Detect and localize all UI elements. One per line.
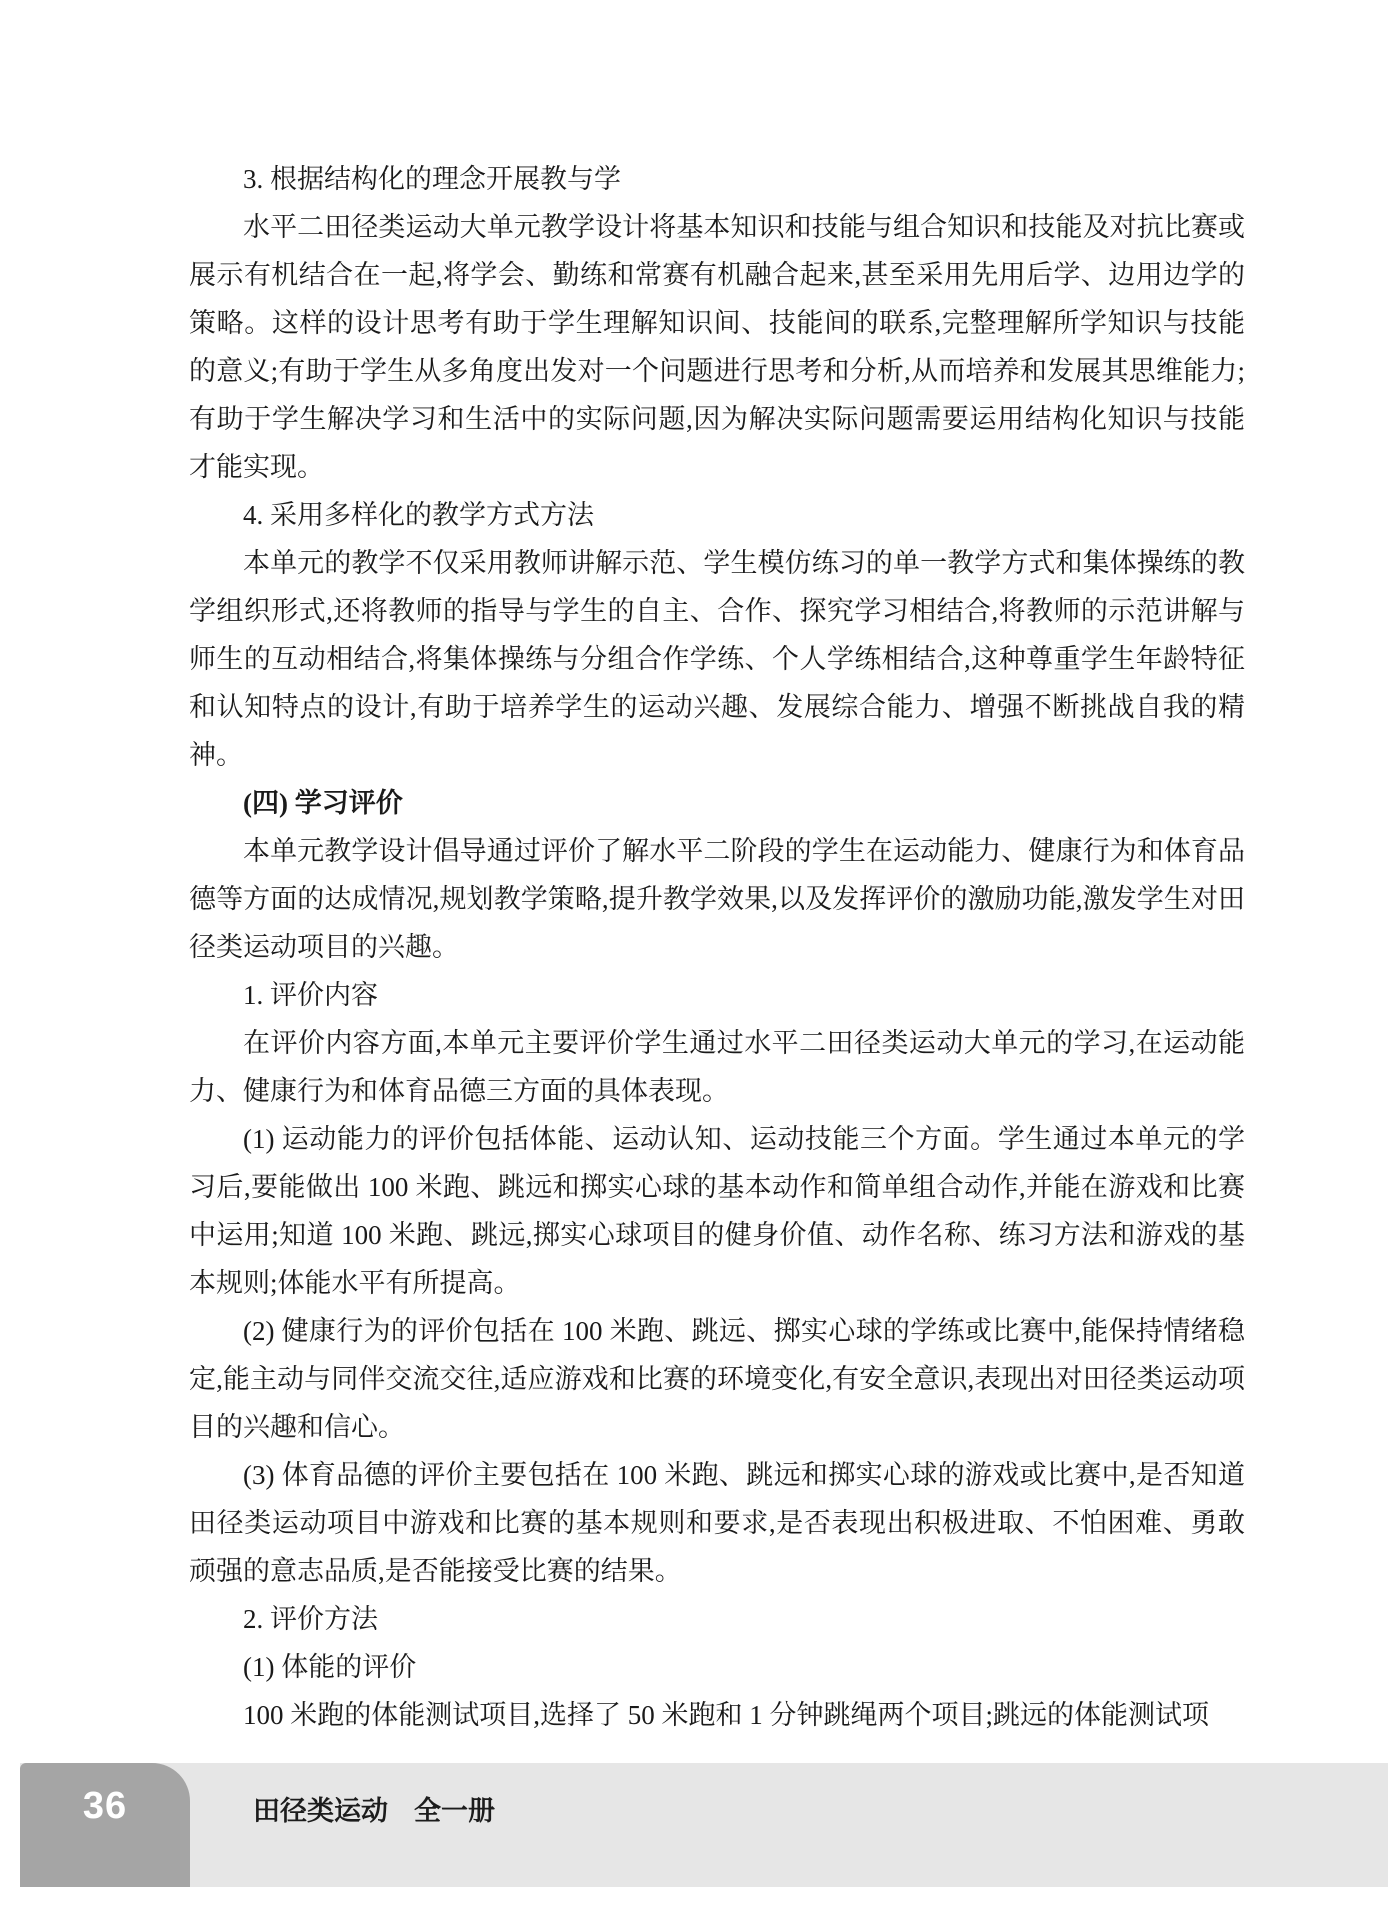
page-text: 3. 根据结构化的理念开展教与学水平二田径类运动大单元教学设计将基本知识和技能与… xyxy=(189,155,1245,1739)
book-title: 田径类运动 xyxy=(253,1796,388,1826)
paragraph: 本单元教学设计倡导通过评价了解水平二阶段的学生在运动能力、健康行为和体育品德等方… xyxy=(189,827,1245,971)
section-heading: 2. 评价方法 xyxy=(189,1595,1245,1643)
paragraph: (3) 体育品德的评价主要包括在 100 米跑、跳远和掷实心球的游戏或比赛中,是… xyxy=(189,1451,1245,1595)
page-number: 36 xyxy=(83,1787,127,1825)
section-heading: 3. 根据结构化的理念开展教与学 xyxy=(189,155,1245,203)
document-page: 3. 根据结构化的理念开展教与学水平二田径类运动大单元教学设计将基本知识和技能与… xyxy=(0,0,1388,1917)
paragraph: 水平二田径类运动大单元教学设计将基本知识和技能与组合知识和技能及对抗比赛或展示有… xyxy=(189,203,1245,491)
section-heading: (1) 体能的评价 xyxy=(189,1643,1245,1691)
paragraph: (2) 健康行为的评价包括在 100 米跑、跳远、掷实心球的学练或比赛中,能保持… xyxy=(189,1307,1245,1451)
footer-title: 田径类运动 全一册 xyxy=(253,1796,495,1826)
section-heading: 1. 评价内容 xyxy=(189,971,1245,1019)
page-number-tab: 36 xyxy=(20,1763,190,1887)
paragraph: 在评价内容方面,本单元主要评价学生通过水平二田径类运动大单元的学习,在运动能力、… xyxy=(189,1019,1245,1115)
paragraph: 100 米跑的体能测试项目,选择了 50 米跑和 1 分钟跳绳两个项目;跳远的体… xyxy=(189,1691,1245,1739)
section-heading: (四) 学习评价 xyxy=(189,779,1245,827)
volume-label: 全一册 xyxy=(414,1796,495,1826)
paragraph: 本单元的教学不仅采用教师讲解示范、学生模仿练习的单一教学方式和集体操练的教学组织… xyxy=(189,539,1245,779)
paragraph: (1) 运动能力的评价包括体能、运动认知、运动技能三个方面。学生通过本单元的学习… xyxy=(189,1115,1245,1307)
footer-bar xyxy=(20,1763,1388,1887)
section-heading: 4. 采用多样化的教学方式方法 xyxy=(189,491,1245,539)
